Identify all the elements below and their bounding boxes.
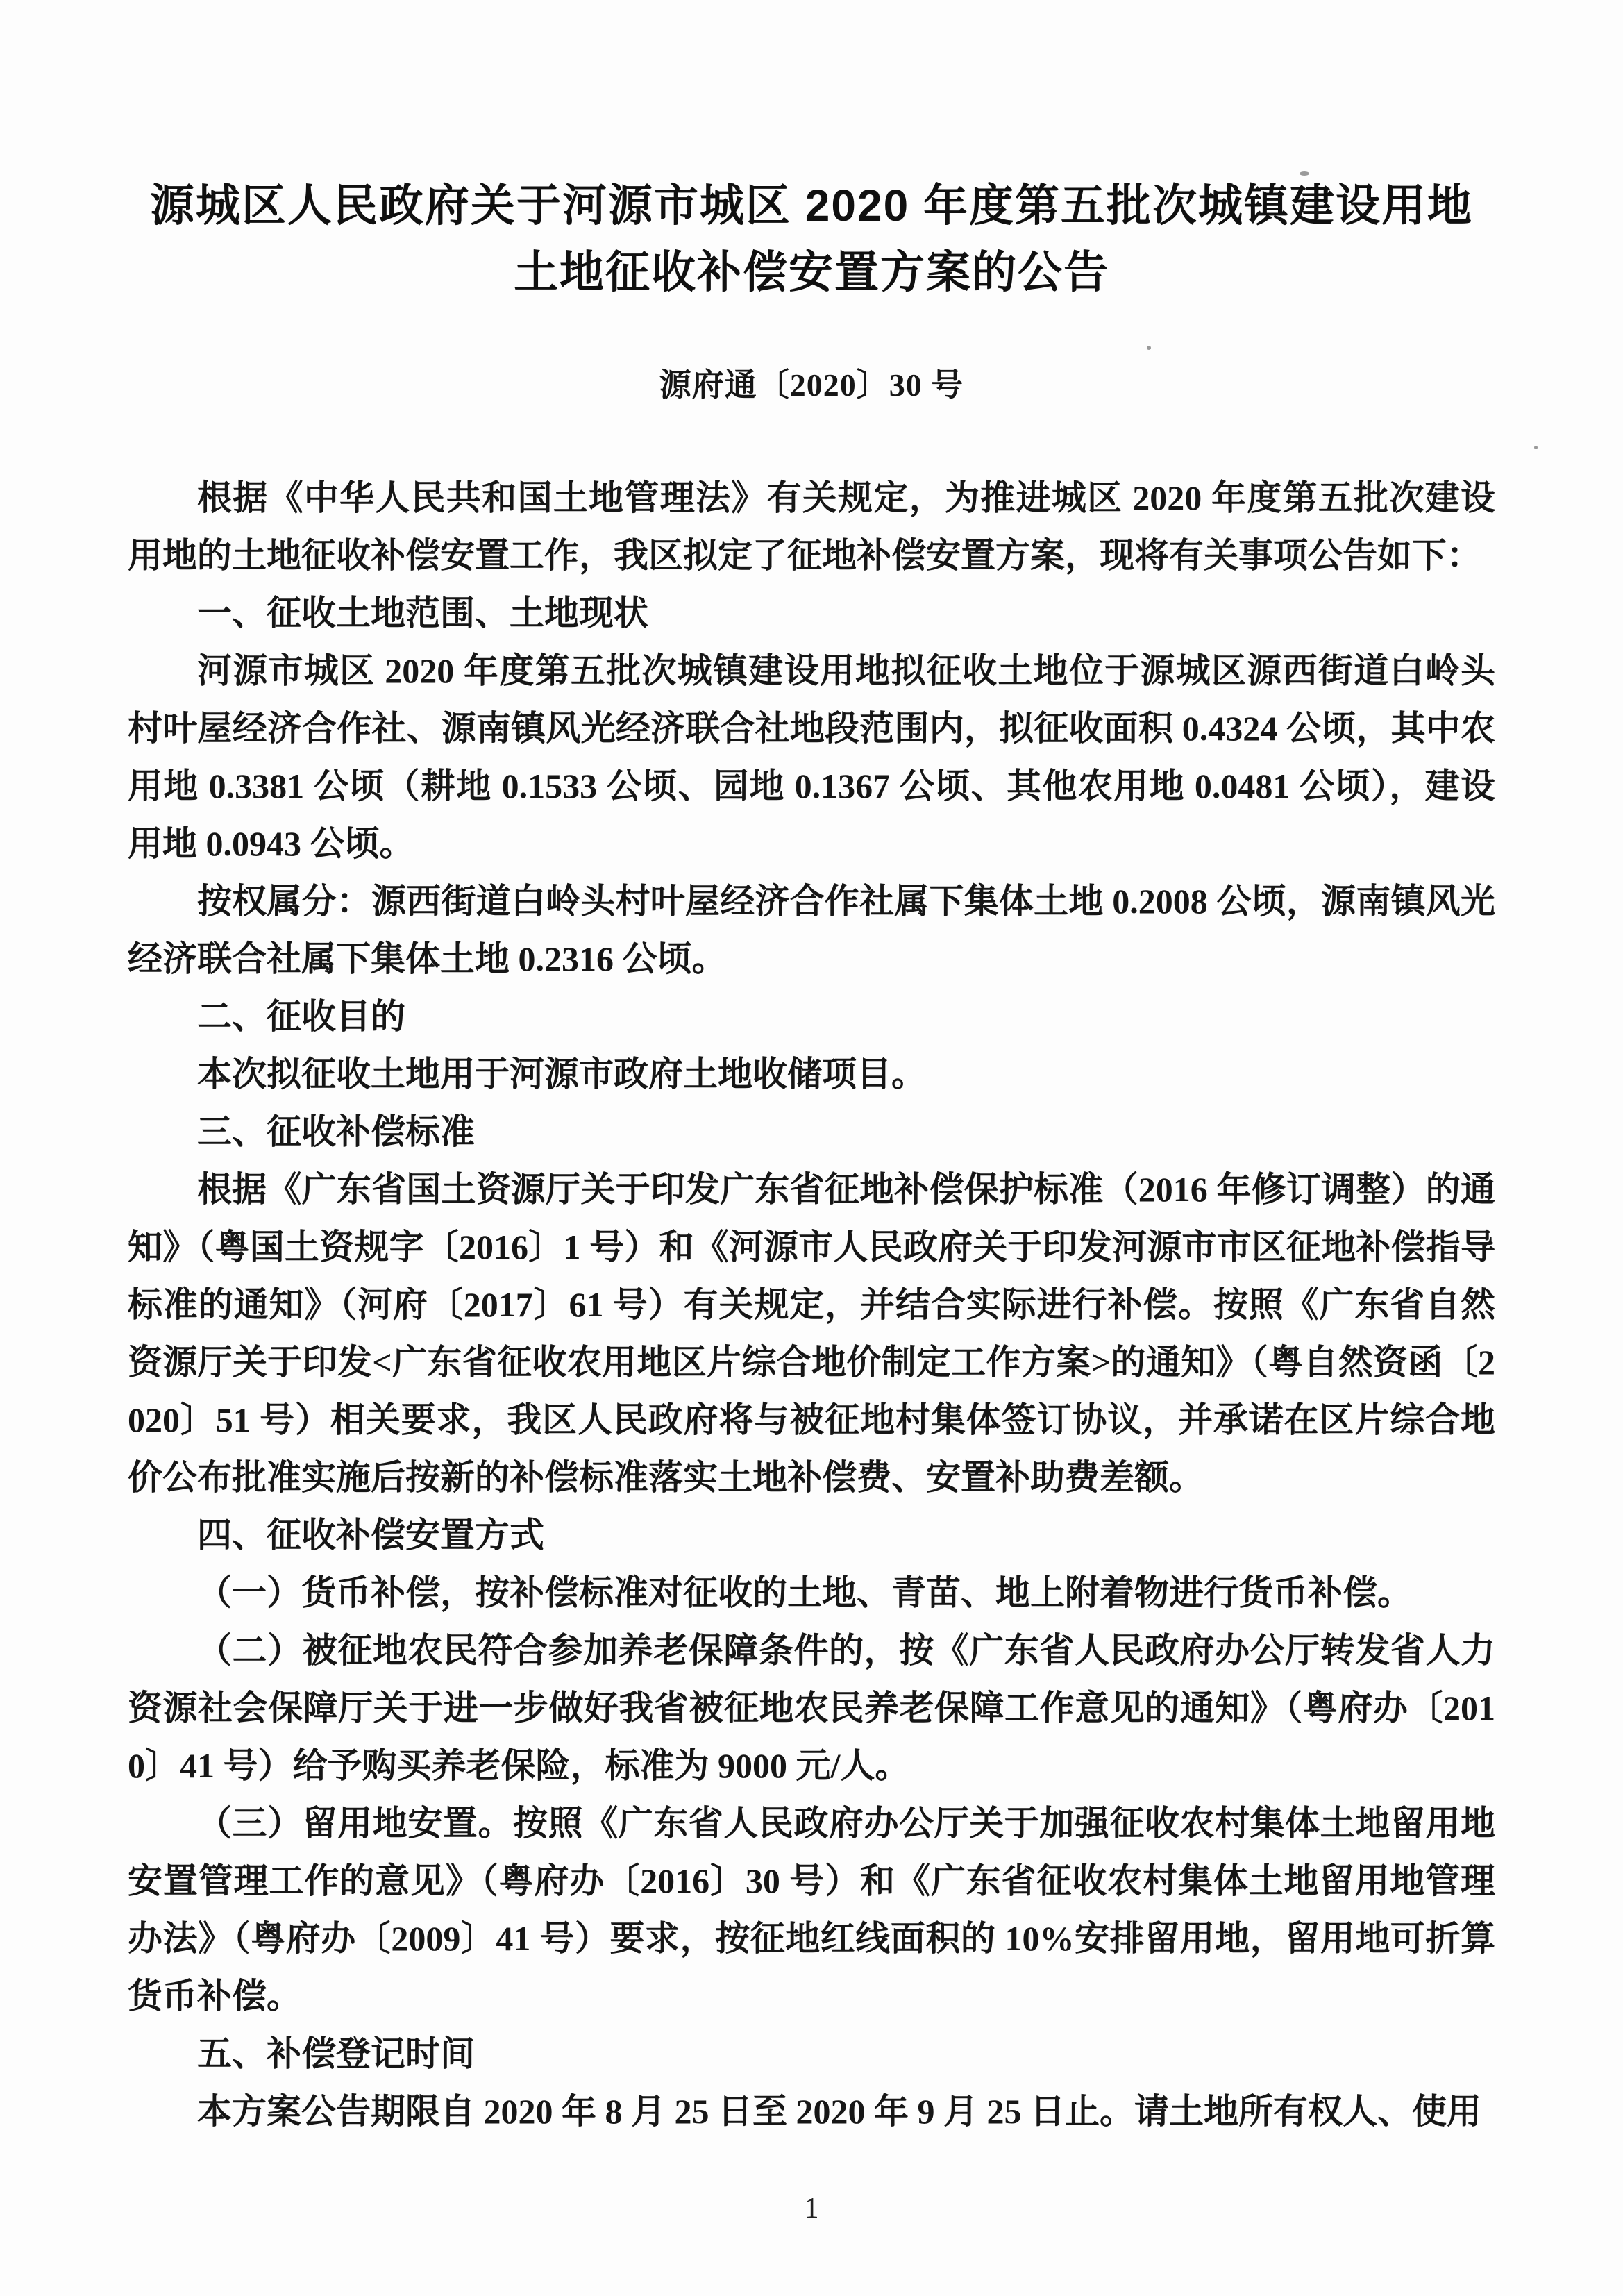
paragraph: 河源市城区 2020 年度第五批次城镇建设用地拟征收土地位于源城区源西街道白岭头… bbox=[128, 642, 1495, 873]
document-content: 源城区人民政府关于河源市城区 2020 年度第五批次城镇建设用地土地征收补偿安置… bbox=[128, 172, 1495, 2140]
section-heading: 四、征收补偿安置方式 bbox=[128, 1507, 1495, 1564]
paragraph: （一）货币补偿，按补偿标准对征收的土地、青苗、地上附着物进行货币补偿。 bbox=[128, 1564, 1495, 1622]
section-heading: 二、征收目的 bbox=[128, 988, 1495, 1046]
scan-speck bbox=[1534, 446, 1538, 449]
paragraph: 根据《中华人民共和国土地管理法》有关规定，为推进城区 2020 年度第五批次建设… bbox=[128, 469, 1495, 585]
paragraph: 本方案公告期限自 2020 年 8 月 25 日至 2020 年 9 月 25 … bbox=[128, 2083, 1495, 2140]
paragraph: 本次拟征收土地用于河源市政府土地收储项目。 bbox=[128, 1046, 1495, 1103]
paragraph: （二）被征地农民符合参加养老保障条件的，按《广东省人民政府办公厅转发省人力资源社… bbox=[128, 1622, 1495, 1795]
section-heading: 三、征收补偿标准 bbox=[128, 1103, 1495, 1161]
paragraph: （三）留用地安置。按照《广东省人民政府办公厅关于加强征收农村集体土地留用地安置管… bbox=[128, 1795, 1495, 2025]
document-page: 源城区人民政府关于河源市城区 2020 年度第五批次城镇建设用地土地征收补偿安置… bbox=[0, 0, 1623, 2296]
document-number: 源府通〔2020〕30 号 bbox=[128, 360, 1495, 405]
section-heading: 五、补偿登记时间 bbox=[128, 2025, 1495, 2083]
paragraph: 根据《广东省国土资源厅关于印发广东省征地补偿保护标准（2016 年修订调整）的通… bbox=[128, 1161, 1495, 1507]
page-number: 1 bbox=[0, 2192, 1623, 2225]
document-title: 源城区人民政府关于河源市城区 2020 年度第五批次城镇建设用地土地征收补偿安置… bbox=[128, 172, 1495, 305]
section-heading: 一、征收土地范围、土地现状 bbox=[128, 585, 1495, 642]
document-body: 根据《中华人民共和国土地管理法》有关规定，为推进城区 2020 年度第五批次建设… bbox=[128, 469, 1495, 2140]
paragraph: 按权属分：源西街道白岭头村叶屋经济合作社属下集体土地 0.2008 公顷，源南镇… bbox=[128, 873, 1495, 988]
